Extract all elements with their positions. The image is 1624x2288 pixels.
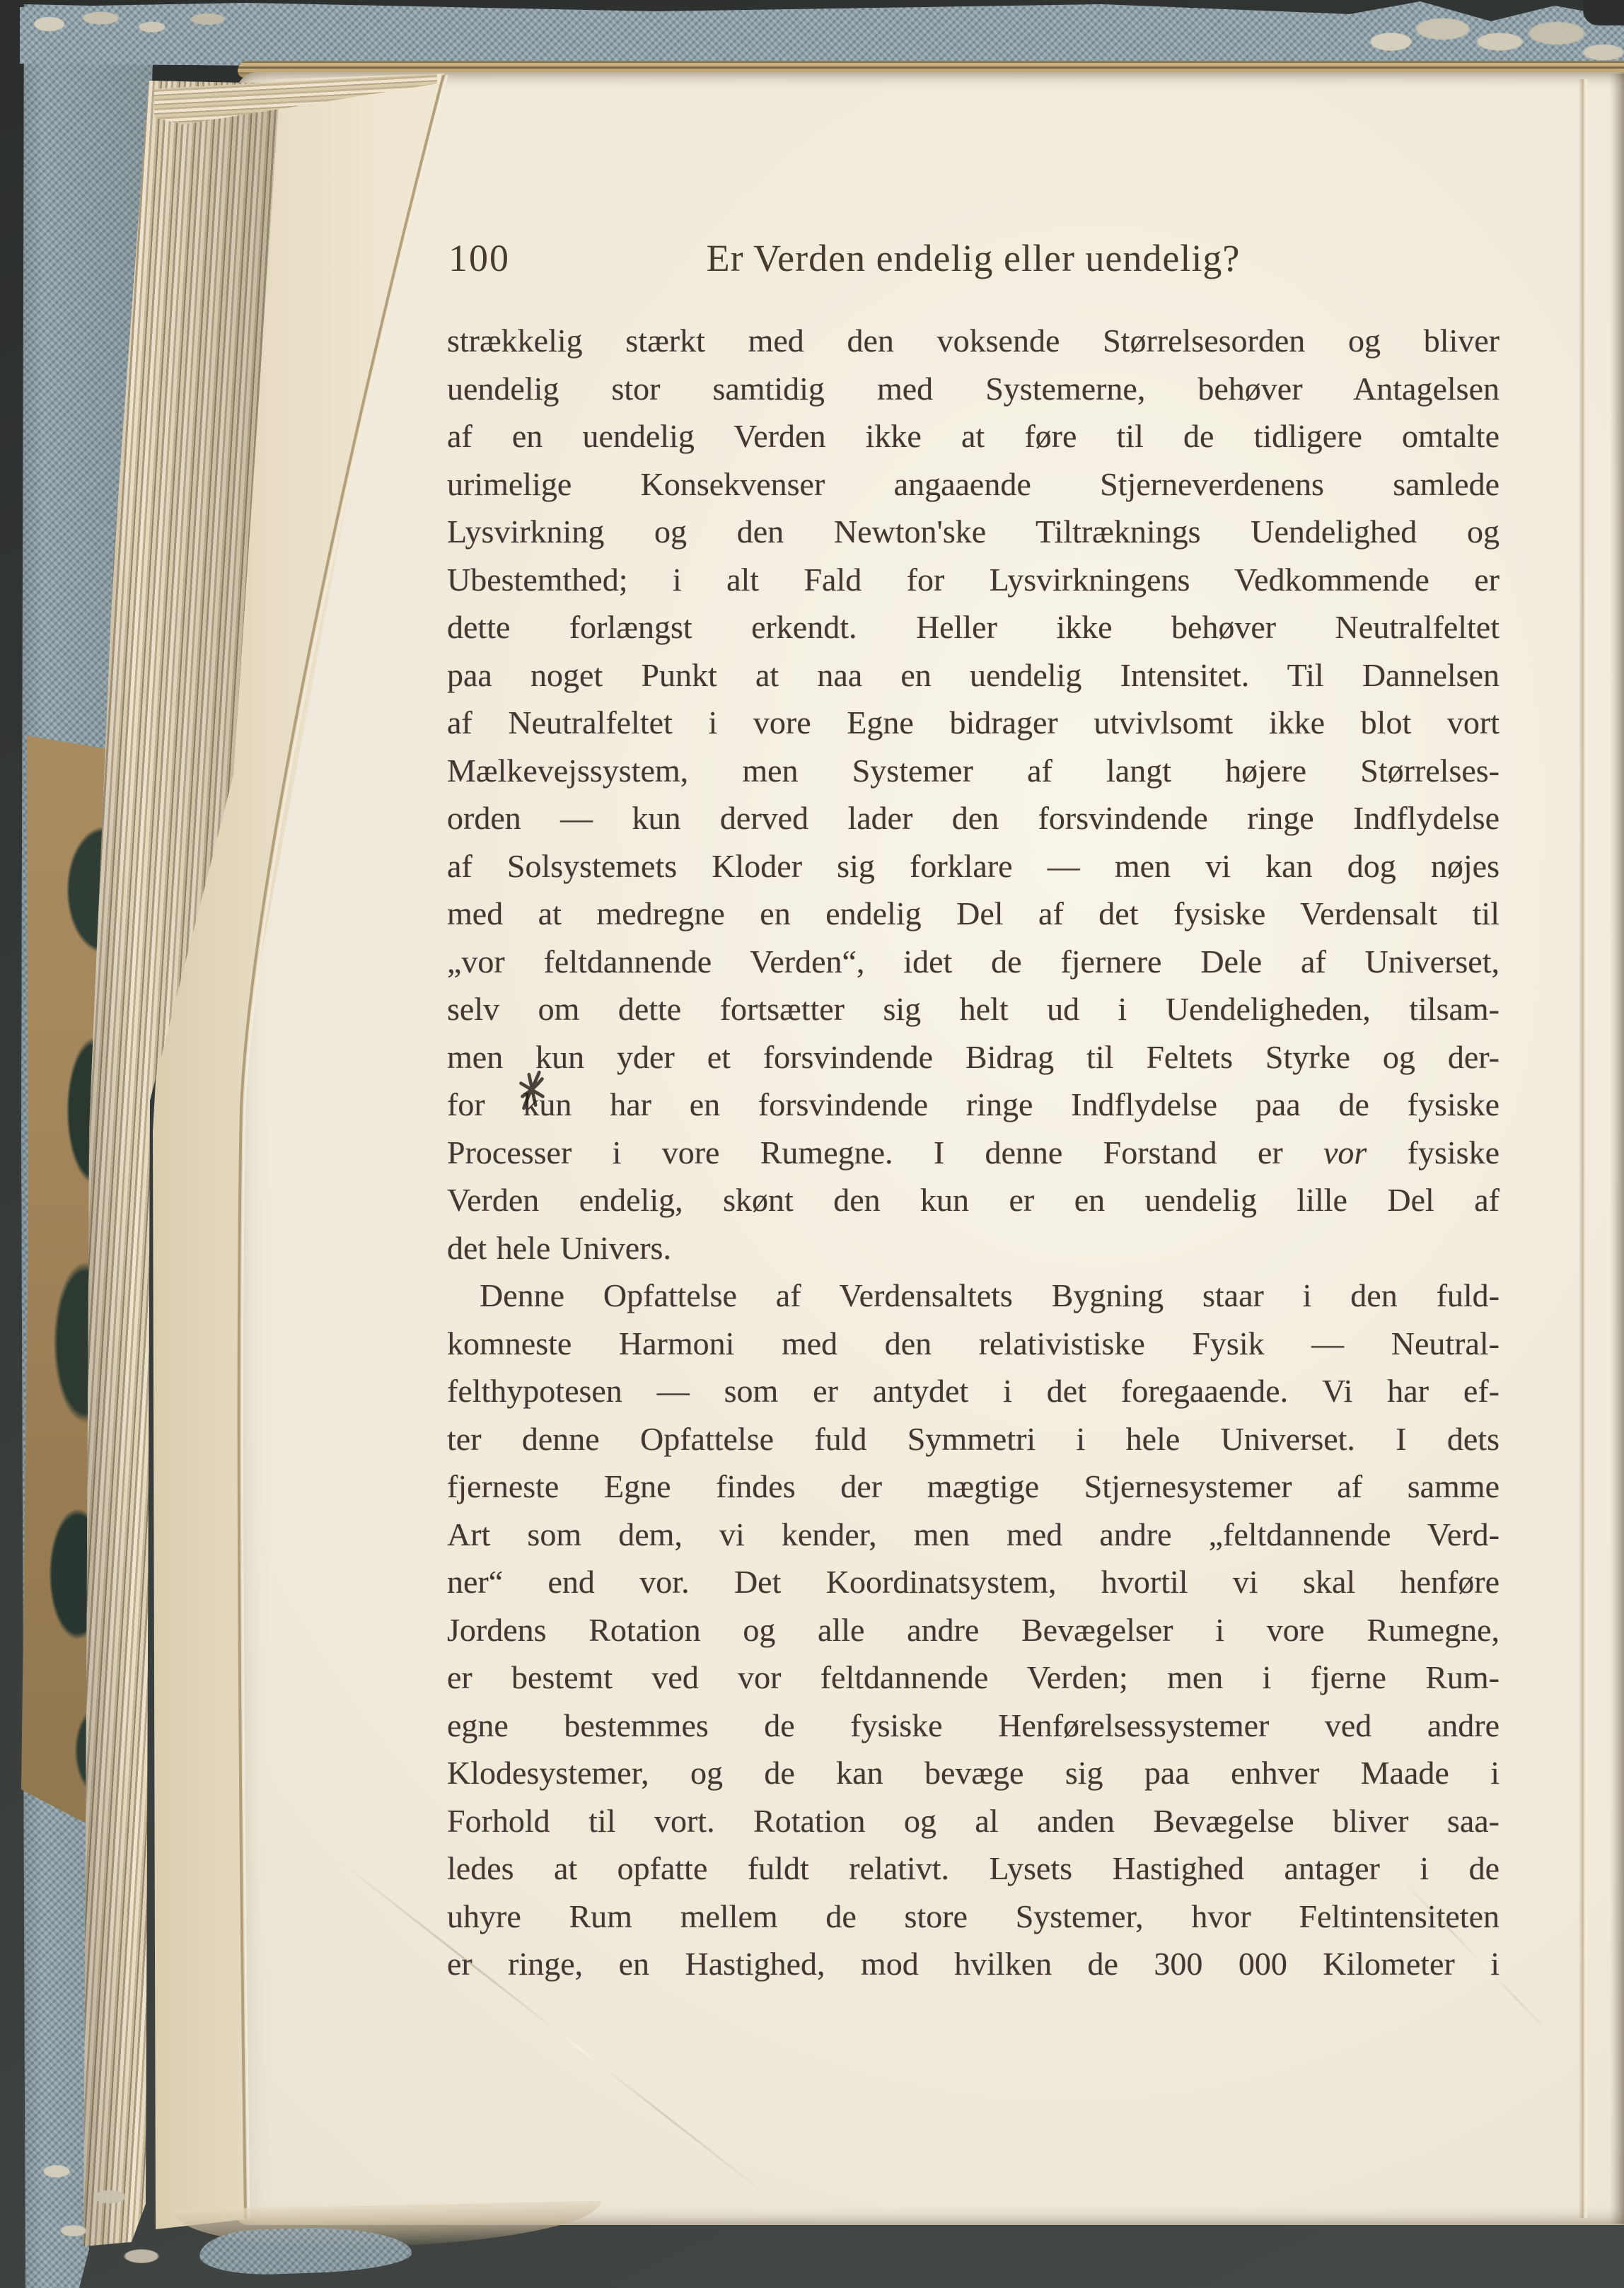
text-line: komneste Harmoni med den relativistiske … — [447, 1320, 1500, 1368]
line-text: men kun yder et forsvindende Bidrag til … — [447, 1039, 1500, 1075]
line-text: Art som dem, vi kender, men med andre „f… — [447, 1516, 1500, 1552]
text-line: Ubestemthed; i alt Fald for Lysvirkninge… — [447, 556, 1500, 604]
text-line: Jordens Rotation og alle andre Bevægelse… — [447, 1606, 1500, 1654]
text-line: dette forlængst erkendt. Heller ikke beh… — [447, 603, 1500, 651]
line-text: un har en forsvindende ringe Indflydelse… — [539, 1086, 1500, 1122]
line-text: Lysvirkning og den Newton'ske Tiltræknin… — [447, 513, 1500, 550]
line-text: Processer i vore Rumegne. I denne Forsta… — [447, 1134, 1323, 1171]
line-text: dette forlængst erkendt. Heller ikke beh… — [447, 609, 1500, 645]
text-line: egne bestemmes de fysiske Henførelsessys… — [447, 1702, 1500, 1750]
text-line: Processer i vore Rumegne. I denne Forsta… — [447, 1129, 1500, 1177]
line-text: af en uendelig Verden ikke at føre til d… — [447, 418, 1500, 454]
line-text: „vor feltdannende Verden“, idet de fjern… — [447, 943, 1500, 980]
line-text: ner“ end vor. Det Koordinatsystem, hvort… — [447, 1564, 1500, 1600]
ink-mark-host: k — [523, 1081, 539, 1129]
line-text: Verden endelig, skønt den kun er en uend… — [447, 1182, 1500, 1218]
text-line: med at medregne en endelig Del af det fy… — [447, 890, 1500, 938]
text-line: strækkelig stærkt med den voksende Størr… — [447, 317, 1500, 365]
ink-scribble — [518, 1069, 547, 1114]
line-text: ter denne Opfattelse fuld Symmetri i hel… — [447, 1421, 1500, 1457]
text-line: urimelige Konsekvenser angaaende Stjerne… — [447, 460, 1500, 509]
text-line: Denne Opfattelse af Verdensaltets Bygnin… — [447, 1272, 1500, 1320]
line-text: med at medregne en endelig Del af det fy… — [447, 895, 1500, 931]
page-header: 100 Er Verden endelig eller uendelig? — [447, 236, 1500, 287]
page-right-edge-line — [1579, 79, 1589, 2218]
background-notch — [1583, 0, 1624, 25]
text-line: paa noget Punkt at naa en uendelig Inten… — [447, 651, 1500, 699]
line-text: Jordens Rotation og alle andre Bevægelse… — [447, 1612, 1500, 1648]
text-line: Forhold til vort. Rotation og al anden B… — [447, 1797, 1500, 1845]
page-outer-shadow — [1610, 74, 1624, 2224]
line-text: for — [447, 1086, 523, 1122]
line-text: Klodesystemer, og de kan bevæge sig paa … — [447, 1755, 1500, 1791]
line-text: paa noget Punkt at naa en uendelig Inten… — [447, 657, 1500, 693]
text-line: Mælkevejssystem, men Systemer af langt h… — [447, 747, 1500, 795]
text-line-with-ink-mark: for kun har en forsvindende ringe Indfly… — [447, 1081, 1500, 1129]
text-line: men kun yder et forsvindende Bidrag til … — [447, 1033, 1500, 1081]
line-text: er ringe, en Hastighed, mod hvilken de 3… — [447, 1946, 1500, 1982]
text-line: Lysvirkning og den Newton'ske Tiltræknin… — [447, 508, 1500, 556]
text-line: felthypotesen — som er antydet i det for… — [447, 1367, 1500, 1415]
italic-word: vor — [1323, 1134, 1367, 1171]
text-line: ter denne Opfattelse fuld Symmetri i hel… — [447, 1415, 1500, 1463]
text-line: uhyre Rum mellem de store Systemer, hvor… — [447, 1893, 1500, 1941]
running-head: Er Verden endelig eller uendelig? — [447, 236, 1500, 280]
text-line: uendelig stor samtidig med Systemerne, b… — [447, 365, 1500, 413]
line-text: det hele Univers. — [447, 1230, 671, 1266]
line-text: felthypotesen — som er antydet i det for… — [447, 1373, 1500, 1409]
text-line: er bestemt ved vor feltdannende Verden; … — [447, 1654, 1500, 1702]
line-text: fysiske — [1367, 1134, 1500, 1171]
line-text: Mælkevejssystem, men Systemer af langt h… — [447, 753, 1500, 789]
line-text: selv om dette fortsætter sig helt ud i U… — [447, 991, 1500, 1027]
text-line: Klodesystemer, og de kan bevæge sig paa … — [447, 1749, 1500, 1797]
line-text: Denne Opfattelse af Verdensaltets Bygnin… — [480, 1277, 1500, 1313]
frayed-cloth-top-left — [21, 4, 255, 54]
line-text: orden — kun derved lader den forsvindend… — [447, 800, 1500, 836]
text-line: af Solsystemets Kloder sig forklare — me… — [447, 842, 1500, 890]
line-text: er bestemt ved vor feltdannende Verden; … — [447, 1659, 1500, 1695]
text-line: „vor feltdannende Verden“, idet de fjern… — [447, 938, 1500, 986]
text-line: ner“ end vor. Det Koordinatsystem, hvort… — [447, 1558, 1500, 1606]
line-text: komneste Harmoni med den relativistiske … — [447, 1325, 1500, 1361]
text-line: fjerneste Egne findes der mægtige Stjern… — [447, 1463, 1500, 1511]
text-line: er ringe, en Hastighed, mod hvilken de 3… — [447, 1940, 1500, 1988]
page-body: strækkelig stærkt med den voksende Størr… — [447, 317, 1500, 1988]
line-text: urimelige Konsekvenser angaaende Stjerne… — [447, 466, 1500, 502]
line-text: af Solsystemets Kloder sig forklare — me… — [447, 848, 1500, 884]
text-line: ledes at opfatte fuldt relativt. Lysets … — [447, 1845, 1500, 1893]
line-text: af Neutralfeltet i vore Egne bidrager ut… — [447, 704, 1500, 741]
line-text: uendelig stor samtidig med Systemerne, b… — [447, 371, 1500, 407]
book-photo: 100 Er Verden endelig eller uendelig? st… — [0, 0, 1624, 2288]
text-line: det hele Univers. — [447, 1224, 1500, 1272]
line-text: strækkelig stærkt med den voksende Størr… — [447, 323, 1500, 359]
text-line: Verden endelig, skønt den kun er en uend… — [447, 1176, 1500, 1224]
text-line: af Neutralfeltet i vore Egne bidrager ut… — [447, 699, 1500, 747]
line-text: uhyre Rum mellem de store Systemer, hvor… — [447, 1898, 1500, 1934]
line-text: ledes at opfatte fuldt relativt. Lysets … — [447, 1850, 1500, 1886]
text-line: selv om dette fortsætter sig helt ud i U… — [447, 985, 1500, 1033]
line-text: fjerneste Egne findes der mægtige Stjern… — [447, 1468, 1500, 1504]
text-line: af en uendelig Verden ikke at føre til d… — [447, 412, 1500, 460]
text-line: orden — kun derved lader den forsvindend… — [447, 794, 1500, 842]
line-text: Ubestemthed; i alt Fald for Lysvirkninge… — [447, 562, 1500, 598]
line-text: Forhold til vort. Rotation og al anden B… — [447, 1803, 1500, 1839]
text-line: Art som dem, vi kender, men med andre „f… — [447, 1511, 1500, 1559]
line-text: egne bestemmes de fysiske Henførelsessys… — [447, 1707, 1500, 1743]
